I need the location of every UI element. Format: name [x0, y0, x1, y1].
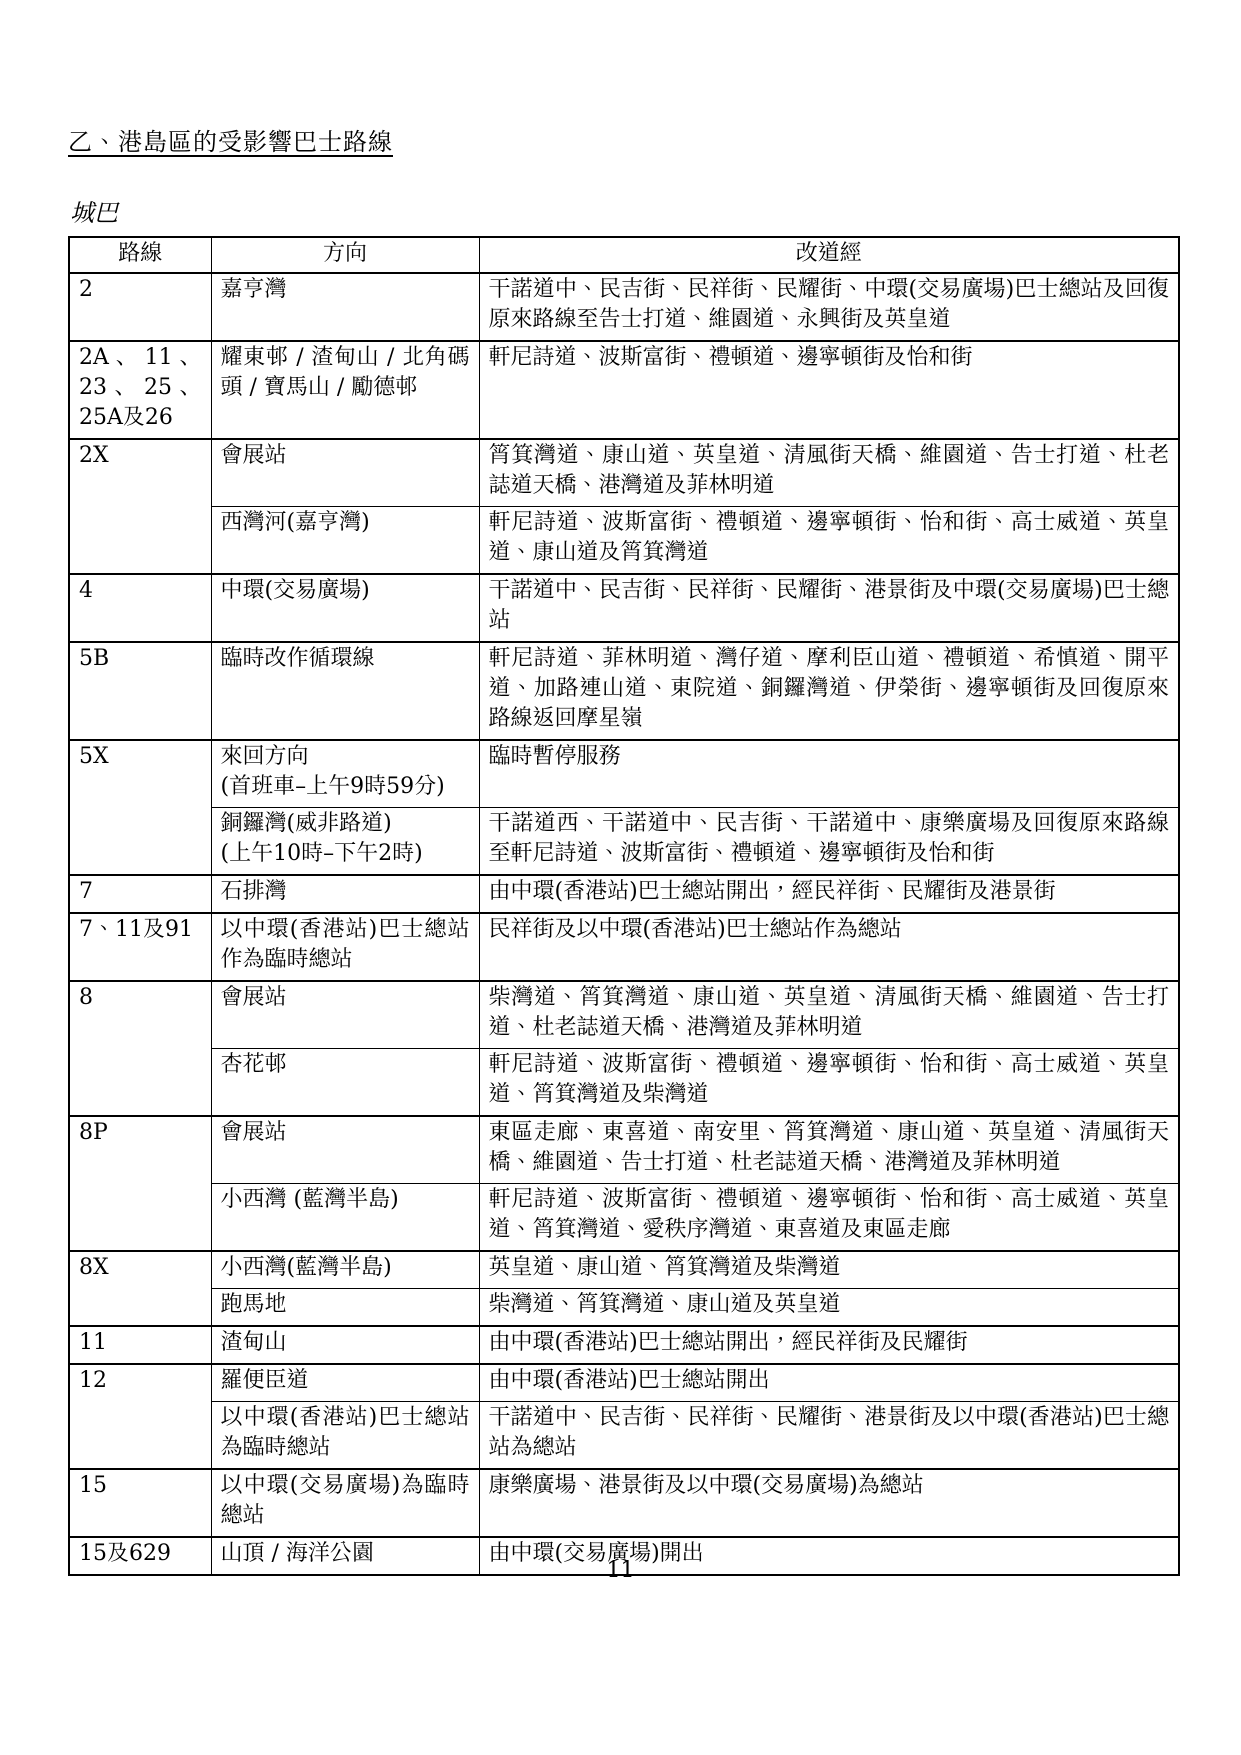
direction-cell: 跑馬地	[211, 1289, 479, 1327]
route-cell: 15	[69, 1469, 211, 1537]
direction-cell: 小西灣(藍灣半島)	[211, 1251, 479, 1289]
via-cell: 軒尼詩道、波斯富街、禮頓道、邊寧頓街、怡和街、高士威道、英皇道、筲箕灣道、愛秩序…	[479, 1184, 1179, 1252]
table-row: 5B臨時改作循環線軒尼詩道、菲林明道、灣仔道、摩利臣山道、禮頓道、希慎道、開平道…	[69, 642, 1179, 740]
direction-cell: 羅便臣道	[211, 1364, 479, 1402]
direction-cell: 臨時改作循環線	[211, 642, 479, 740]
direction-cell: 以中環(香港站)巴士總站作為臨時總站	[211, 913, 479, 981]
via-cell: 柴灣道、筲箕灣道、康山道、英皇道、清風街天橋、維園道、告士打道、杜老誌道天橋、港…	[479, 981, 1179, 1049]
table-row: 15以中環(交易廣場)為臨時總站康樂廣場、港景街及以中環(交易廣場)為總站	[69, 1469, 1179, 1537]
via-cell: 康樂廣場、港景街及以中環(交易廣場)為總站	[479, 1469, 1179, 1537]
table-row: 西灣河(嘉亨灣)軒尼詩道、波斯富街、禮頓道、邊寧頓街、怡和街、高士威道、英皇道、…	[69, 507, 1179, 575]
column-header-via: 改道經	[479, 237, 1179, 273]
table-header-row: 路線 方向 改道經	[69, 237, 1179, 273]
via-cell: 干諾道西、干諾道中、民吉街、干諾道中、康樂廣場及回復原來路線至軒尼詩道、波斯富街…	[479, 808, 1179, 876]
via-cell: 軒尼詩道、波斯富街、禮頓道、邊寧頓街及怡和街	[479, 341, 1179, 439]
operator-subtitle: 城巴	[70, 193, 1178, 228]
direction-cell: 銅鑼灣(威非路道) (上午10時–下午2時)	[211, 808, 479, 876]
direction-cell: 石排灣	[211, 875, 479, 913]
column-header-direction: 方向	[211, 237, 479, 273]
via-cell: 由中環(香港站)巴士總站開出	[479, 1364, 1179, 1402]
direction-cell: 嘉亨灣	[211, 273, 479, 341]
via-cell: 英皇道、康山道、筲箕灣道及柴灣道	[479, 1251, 1179, 1289]
table-row: 12羅便臣道由中環(香港站)巴士總站開出	[69, 1364, 1179, 1402]
table-row: 杏花邨軒尼詩道、波斯富街、禮頓道、邊寧頓街、怡和街、高士威道、英皇道、筲箕灣道及…	[69, 1049, 1179, 1117]
via-cell: 臨時暫停服務	[479, 740, 1179, 808]
table-body: 2嘉亨灣干諾道中、民吉街、民祥街、民耀街、中環(交易廣場)巴士總站及回復原來路線…	[69, 273, 1179, 1575]
route-cell: 7	[69, 875, 211, 913]
table-row: 8X小西灣(藍灣半島)英皇道、康山道、筲箕灣道及柴灣道	[69, 1251, 1179, 1289]
route-cell: 5B	[69, 642, 211, 740]
via-cell: 民祥街及以中環(香港站)巴士總站作為總站	[479, 913, 1179, 981]
table-row: 5X來回方向 (首班車–上午9時59分)臨時暫停服務	[69, 740, 1179, 808]
direction-cell: 西灣河(嘉亨灣)	[211, 507, 479, 575]
route-cell: 12	[69, 1364, 211, 1469]
direction-cell: 會展站	[211, 981, 479, 1049]
direction-cell: 渣甸山	[211, 1326, 479, 1364]
route-cell: 5X	[69, 740, 211, 875]
direction-cell: 耀東邨 / 渣甸山 / 北角碼頭 / 寶馬山 / 勵德邨	[211, 341, 479, 439]
table-row: 跑馬地柴灣道、筲箕灣道、康山道及英皇道	[69, 1289, 1179, 1327]
table-row: 以中環(香港站)巴士總站為臨時總站干諾道中、民吉街、民祥街、民耀街、港景街及以中…	[69, 1402, 1179, 1470]
table-row: 7石排灣由中環(香港站)巴士總站開出，經民祥街、民耀街及港景街	[69, 875, 1179, 913]
table-row: 8P會展站東區走廊、東喜道、南安里、筲箕灣道、康山道、英皇道、清風街天橋、維園道…	[69, 1116, 1179, 1184]
document-content: 乙、港島區的受影響巴士路線 城巴 路線 方向 改道經 2嘉亨灣干諾道中、民吉街、…	[68, 122, 1178, 1576]
direction-cell: 來回方向 (首班車–上午9時59分)	[211, 740, 479, 808]
direction-cell: 會展站	[211, 439, 479, 507]
route-cell: 2X	[69, 439, 211, 574]
via-cell: 筲箕灣道、康山道、英皇道、清風街天橋、維園道、告士打道、杜老誌道天橋、港灣道及菲…	[479, 439, 1179, 507]
direction-cell: 會展站	[211, 1116, 479, 1184]
table-row: 8會展站柴灣道、筲箕灣道、康山道、英皇道、清風街天橋、維園道、告士打道、杜老誌道…	[69, 981, 1179, 1049]
route-cell: 8X	[69, 1251, 211, 1326]
direction-cell: 小西灣 (藍灣半島)	[211, 1184, 479, 1252]
via-cell: 軒尼詩道、菲林明道、灣仔道、摩利臣山道、禮頓道、希慎道、開平道、加路連山道、東院…	[479, 642, 1179, 740]
table-row: 小西灣 (藍灣半島)軒尼詩道、波斯富街、禮頓道、邊寧頓街、怡和街、高士威道、英皇…	[69, 1184, 1179, 1252]
route-cell: 7、11及91	[69, 913, 211, 981]
route-cell: 11	[69, 1326, 211, 1364]
table-row: 2A、11、23、25、25A及26耀東邨 / 渣甸山 / 北角碼頭 / 寶馬山…	[69, 341, 1179, 439]
direction-cell: 以中環(交易廣場)為臨時總站	[211, 1469, 479, 1537]
route-cell: 4	[69, 574, 211, 642]
via-cell: 干諾道中、民吉街、民祥街、民耀街、中環(交易廣場)巴士總站及回復原來路線至告士打…	[479, 273, 1179, 341]
table-row: 2X會展站筲箕灣道、康山道、英皇道、清風街天橋、維園道、告士打道、杜老誌道天橋、…	[69, 439, 1179, 507]
route-cell: 8	[69, 981, 211, 1116]
section-title: 乙、港島區的受影響巴士路線	[68, 122, 1178, 157]
page-number: 11	[0, 1558, 1241, 1583]
via-cell: 由中環(香港站)巴士總站開出，經民祥街及民耀街	[479, 1326, 1179, 1364]
via-cell: 東區走廊、東喜道、南安里、筲箕灣道、康山道、英皇道、清風街天橋、維園道、告士打道…	[479, 1116, 1179, 1184]
via-cell: 由中環(香港站)巴士總站開出，經民祥街、民耀街及港景街	[479, 875, 1179, 913]
direction-cell: 以中環(香港站)巴士總站為臨時總站	[211, 1402, 479, 1470]
via-cell: 干諾道中、民吉街、民祥街、民耀街、港景街及以中環(香港站)巴士總站為總站	[479, 1402, 1179, 1470]
column-header-route: 路線	[69, 237, 211, 273]
direction-cell: 杏花邨	[211, 1049, 479, 1117]
bus-routes-table: 路線 方向 改道經 2嘉亨灣干諾道中、民吉街、民祥街、民耀街、中環(交易廣場)巴…	[68, 236, 1180, 1576]
via-cell: 軒尼詩道、波斯富街、禮頓道、邊寧頓街、怡和街、高士威道、英皇道、筲箕灣道及柴灣道	[479, 1049, 1179, 1117]
table-row: 銅鑼灣(威非路道) (上午10時–下午2時)干諾道西、干諾道中、民吉街、干諾道中…	[69, 808, 1179, 876]
table-row: 2嘉亨灣干諾道中、民吉街、民祥街、民耀街、中環(交易廣場)巴士總站及回復原來路線…	[69, 273, 1179, 341]
via-cell: 干諾道中、民吉街、民祥街、民耀街、港景街及中環(交易廣場)巴士總站	[479, 574, 1179, 642]
document-page: 乙、港島區的受影響巴士路線 城巴 路線 方向 改道經 2嘉亨灣干諾道中、民吉街、…	[0, 0, 1241, 1755]
via-cell: 軒尼詩道、波斯富街、禮頓道、邊寧頓街、怡和街、高士威道、英皇道、康山道及筲箕灣道	[479, 507, 1179, 575]
route-cell: 2A、11、23、25、25A及26	[69, 341, 211, 439]
table-row: 11渣甸山由中環(香港站)巴士總站開出，經民祥街及民耀街	[69, 1326, 1179, 1364]
table-row: 7、11及91以中環(香港站)巴士總站作為臨時總站民祥街及以中環(香港站)巴士總…	[69, 913, 1179, 981]
route-cell: 2	[69, 273, 211, 341]
route-cell: 8P	[69, 1116, 211, 1251]
table-row: 4中環(交易廣場)干諾道中、民吉街、民祥街、民耀街、港景街及中環(交易廣場)巴士…	[69, 574, 1179, 642]
via-cell: 柴灣道、筲箕灣道、康山道及英皇道	[479, 1289, 1179, 1327]
direction-cell: 中環(交易廣場)	[211, 574, 479, 642]
